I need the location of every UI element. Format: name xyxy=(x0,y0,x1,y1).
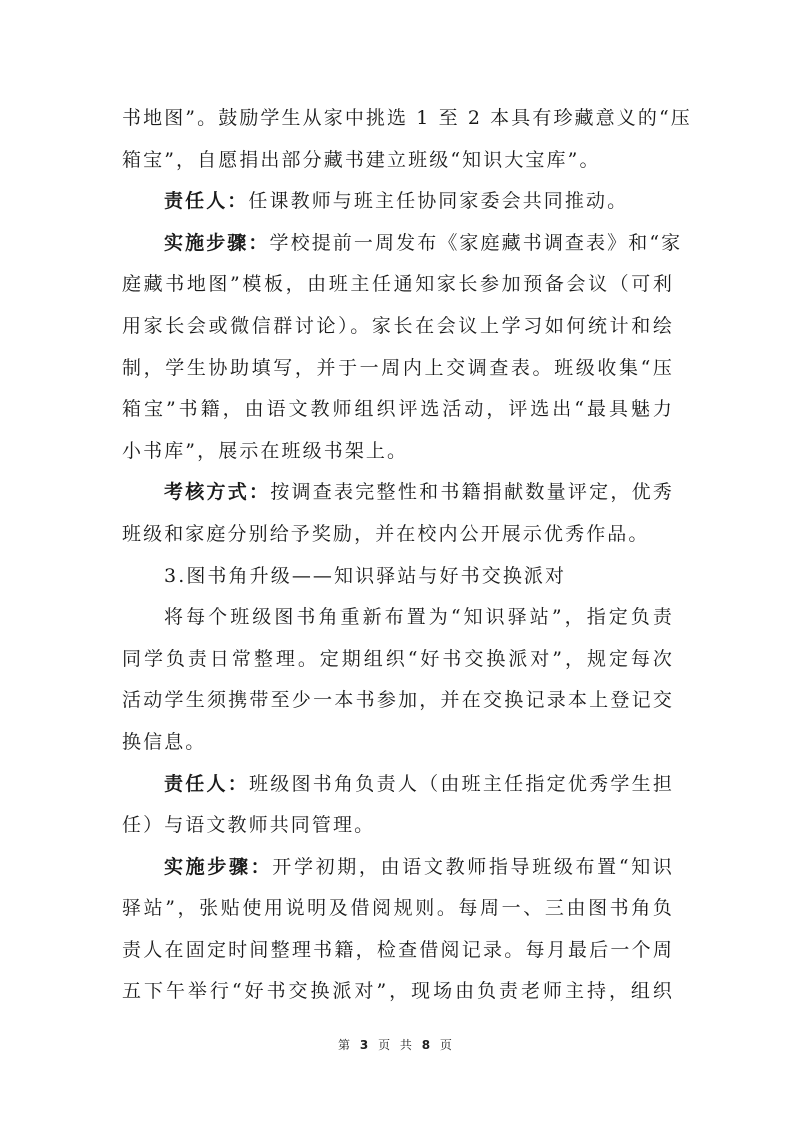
total-pages-number: 8 xyxy=(422,1038,433,1052)
label-assessment-method: 考核方式： xyxy=(164,481,270,503)
responsible-person-line: 责任人：班级图书角负责人（由班主任指定优秀学生担 xyxy=(122,764,674,806)
paragraph-line: 制，学生协助填写，并于一周内上交调查表。班级收集“压 xyxy=(122,348,674,390)
implementation-steps-line: 实施步骤：学校提前一周发布《家庭藏书调查表》和“家 xyxy=(122,223,674,265)
label-responsible-person: 责任人： xyxy=(164,773,249,795)
paragraph-line: 同学负责日常整理。定期组织“好书交换派对”，规定每次 xyxy=(122,639,674,681)
responsible-person-line: 责任人：任课教师与班主任协同家委会共同推动。 xyxy=(122,181,674,223)
label-implementation-steps: 实施步骤： xyxy=(164,232,270,254)
label-responsible-person: 责任人： xyxy=(164,190,248,212)
paragraph-line: 箱宝”书籍，由语文教师组织评选活动，评选出“最具魅力 xyxy=(122,389,674,431)
current-page-number: 3 xyxy=(360,1038,371,1052)
page-footer: 第 3 页 共 8 页 xyxy=(0,1036,793,1053)
paragraph-line: 五下午举行“好书交换派对”，现场由负责老师主持，组织 xyxy=(122,971,674,1013)
document-body: 书地图”。鼓励学生从家中挑选 1 至 2 本具有珍藏意义的“压 箱宝”，自愿捐出… xyxy=(122,98,674,1013)
paragraph-line: 将每个班级图书角重新布置为“知识驿站”，指定负责 xyxy=(122,597,674,639)
paragraph-line: 换信息。 xyxy=(122,722,674,764)
paragraph-line: 箱宝”，自愿捐出部分藏书建立班级“知识大宝库”。 xyxy=(122,140,674,182)
paragraph-line: 活动学生须携带至少一本书参加，并在交换记录本上登记交 xyxy=(122,680,674,722)
paragraph-line: 责人在固定时间整理书籍，检查借阅记录。每月最后一个周 xyxy=(122,930,674,972)
paragraph-line: 班级和家庭分别给予奖励，并在校内公开展示优秀作品。 xyxy=(122,514,674,556)
section-heading: 3.图书角升级——知识驿站与好书交换派对 xyxy=(122,556,674,598)
paragraph-line: 任）与语文教师共同管理。 xyxy=(122,805,674,847)
implementation-steps-line: 实施步骤：开学初期，由语文教师指导班级布置“知识 xyxy=(122,847,674,889)
paragraph-line: 书地图”。鼓励学生从家中挑选 1 至 2 本具有珍藏意义的“压 xyxy=(122,98,674,140)
paragraph-line: 用家长会或微信群讨论）。家长在会议上学习如何统计和绘 xyxy=(122,306,674,348)
paragraph-line: 驿站”，张贴使用说明及借阅规则。每周一、三由图书角负 xyxy=(122,888,674,930)
paragraph-line: 小书库”，展示在班级书架上。 xyxy=(122,431,674,473)
document-page: 书地图”。鼓励学生从家中挑选 1 至 2 本具有珍藏意义的“压 箱宝”，自愿捐出… xyxy=(0,0,793,1122)
assessment-method-line: 考核方式：按调查表完整性和书籍捐献数量评定，优秀 xyxy=(122,472,674,514)
paragraph-line: 庭藏书地图”模板，由班主任通知家长参加预备会议（可利 xyxy=(122,264,674,306)
label-implementation-steps: 实施步骤： xyxy=(164,856,272,878)
